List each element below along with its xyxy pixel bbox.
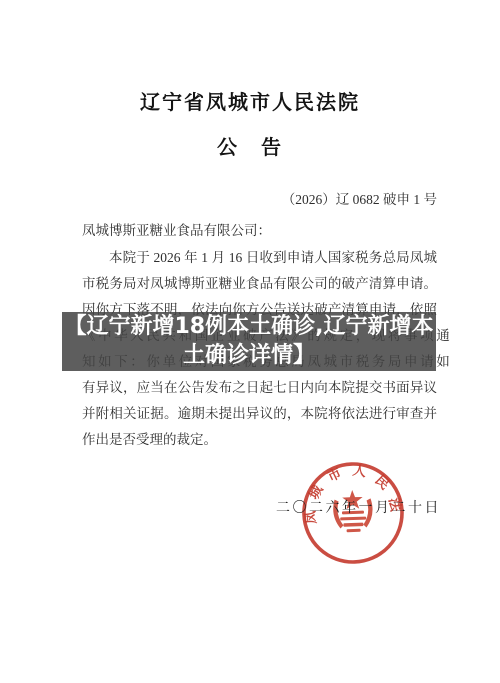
court-name: 辽宁省凤城市人民法院 bbox=[40, 86, 460, 115]
headline-line-2: 土确诊详情】 bbox=[183, 342, 315, 371]
headline-line-1: 【辽宁新增18例本土确诊,辽宁新增本 bbox=[65, 313, 434, 342]
addressee-line: 凤城博斯亚糖业食品有限公司： bbox=[82, 219, 462, 239]
notice-title: 公 告 bbox=[40, 131, 460, 160]
body-line: 市税务局对凤城博斯亚糖业食品有限公司的破产清算申请。 bbox=[82, 271, 437, 297]
court-notice-page: 辽宁省凤城市人民法院 公 告 （2026）辽 0682 破申 1 号 凤城博斯亚… bbox=[0, 0, 500, 683]
case-number: （2026）辽 0682 破申 1 号 bbox=[82, 188, 437, 208]
body-line: 并附相关证据。逾期未提出异议的，本院将依法进行审查并 bbox=[82, 401, 437, 427]
body-line: 本院于 2026 年 1 月 16 日收到申请人国家税务总局凤城 bbox=[82, 245, 437, 271]
news-headline-overlay: 【辽宁新增18例本土确诊,辽宁新增本 土确诊详情】 bbox=[62, 312, 436, 371]
notice-date: 二〇二六年一月二十日 bbox=[276, 497, 441, 517]
body-line: 有异议，应当在公告发布之日起七日内向本院提交书面异议 bbox=[82, 375, 437, 401]
body-line: 作出是否受理的裁定。 bbox=[82, 427, 437, 453]
